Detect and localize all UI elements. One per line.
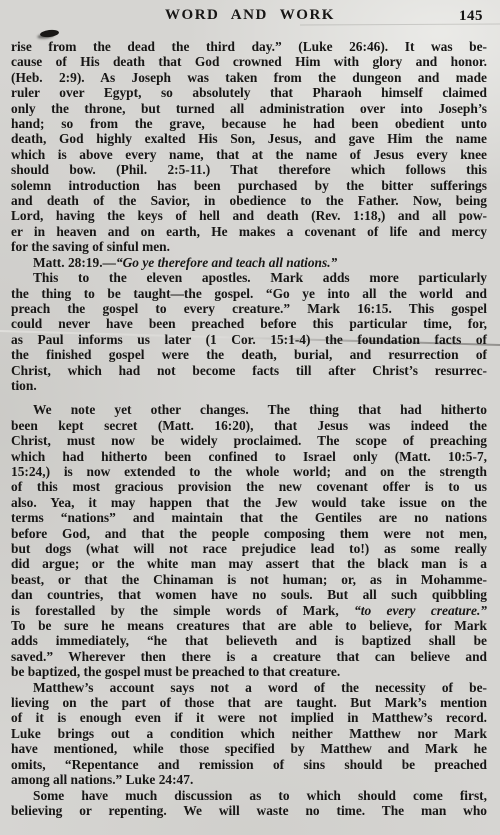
text-line: also. Yea, it may happen that the Jew wo…: [11, 495, 487, 510]
text-segment: Matthew’s account says not a word of the…: [33, 680, 487, 695]
text-line: which is above every name, that at the n…: [11, 147, 487, 162]
paragraph: Some have much discussion as to which sh…: [11, 788, 487, 819]
text-line: Christ, which had not become facts till …: [11, 363, 487, 378]
text-line: This to the eleven apostles. Mark adds m…: [11, 270, 487, 285]
text-segment: er in heaven and on earth, He makes a co…: [11, 224, 487, 239]
text-line: death, God highly exalted His Son, Jesus…: [11, 131, 487, 146]
text-line: Some have much discussion as to which sh…: [11, 788, 487, 803]
scripture-quote: “to every creature.”: [354, 603, 487, 618]
text-segment: (Heb. 2:9). As Joseph was taken from the…: [11, 70, 487, 85]
text-segment: is forestalled by the simple words of Ma…: [11, 603, 354, 618]
text-line: preach the gospel to every creature.” Ma…: [11, 301, 487, 316]
paragraph: Matthew’s account says not a word of the…: [11, 680, 487, 788]
text-line: only the throne, but turned all administ…: [11, 101, 487, 116]
text-segment: hand; so from the grave, because he had …: [11, 116, 487, 131]
text-line: ruler over Egypt, so absolutely that Pha…: [11, 85, 487, 100]
text-segment: Lord, having the keys of hell and death …: [11, 208, 487, 223]
text-segment: Christ, which had not become facts till …: [11, 363, 487, 378]
paragraph: rise from the dead the third day.” (Luke…: [11, 39, 487, 255]
scanned-page: WORD AND WORK 145 rise from the dead the…: [0, 0, 500, 835]
text-segment: This to the eleven apostles. Mark adds m…: [33, 270, 487, 285]
text-segment: lieving on the part of those that are ta…: [11, 695, 487, 710]
text-segment: tion.: [11, 378, 37, 393]
text-segment: for the saving of sinful men.: [11, 239, 170, 254]
scripture-quote: “Go ye therefore and teach all nations.”: [116, 255, 337, 270]
text-line: which had hitherto been confined to Isra…: [11, 449, 487, 464]
text-line: the thing to be taught—the gospel. “Go y…: [11, 286, 487, 301]
text-line: beast, or that the Chinaman is not human…: [11, 572, 487, 587]
text-line: is forestalled by the simple words of Ma…: [11, 603, 487, 618]
text-segment: which had hitherto been confined to Isra…: [11, 449, 487, 464]
text-segment: omits, “Repentance and remission of sins…: [11, 757, 487, 772]
text-line: as Paul informs us later (1 Cor. 15:1-4)…: [11, 332, 487, 347]
text-line: the finished gospel were the death, buri…: [11, 347, 487, 362]
text-line: saved.” Wherever then there is a creatur…: [11, 649, 487, 664]
text-segment: been kept secret (Matt. 16:20), that Jes…: [11, 418, 487, 433]
text-segment: the thing to be taught—the gospel. “Go y…: [11, 286, 487, 301]
text-line: Matthew’s account says not a word of the…: [11, 680, 487, 695]
text-segment: rise from the dead the third day.” (Luke…: [11, 39, 487, 54]
text-segment: preach the gospel to every creature.” Ma…: [11, 301, 487, 316]
text-segment: among all nations.” Luke 24:47.: [11, 772, 193, 787]
text-line: believing or repenting. We will waste no…: [11, 803, 487, 818]
text-segment: believing or repenting. We will waste no…: [11, 803, 487, 818]
text-segment: Christ, must now be widely proclaimed. T…: [11, 433, 487, 448]
text-line: solemn introduction has been purchased b…: [11, 178, 487, 193]
text-segment: beast, or that the Chinaman is not human…: [11, 572, 487, 587]
text-segment: solemn introduction has been purchased b…: [11, 178, 487, 193]
text-line: been kept secret (Matt. 16:20), that Jes…: [11, 418, 487, 433]
text-line: hand; so from the grave, because he had …: [11, 116, 487, 131]
text-segment: saved.” Wherever then there is a creatur…: [11, 649, 487, 664]
text-line: (Heb. 2:9). As Joseph was taken from the…: [11, 70, 487, 85]
text-line: adds immediately, “he that believeth and…: [11, 633, 487, 648]
text-line: To be sure he means creatures that are a…: [11, 618, 487, 633]
text-segment: before God, and that the people composin…: [11, 526, 487, 541]
text-line: be baptized, the gospel must be preached…: [11, 664, 487, 679]
text-segment: the finished gospel were the death, buri…: [11, 347, 487, 362]
text-line: Matt. 28:19.—“Go ye therefore and teach …: [11, 255, 487, 270]
page-header: WORD AND WORK 145: [0, 7, 500, 29]
ink-smudge-artifact: [40, 29, 60, 38]
text-line: of it is enough even if it were not impl…: [11, 710, 487, 725]
paragraph: We note yet other changes. The thing tha…: [11, 402, 487, 679]
text-segment: did argue; or the white man may assert t…: [11, 556, 487, 571]
text-line: Christ, must now be widely proclaimed. T…: [11, 433, 487, 448]
text-segment: as Paul informs us later (1 Cor. 15:1-4)…: [11, 332, 487, 347]
text-segment: which is above every name, that at the n…: [11, 147, 487, 162]
text-line: but dogs (what will not race prejudice l…: [11, 541, 487, 556]
text-line: terms “nations” and maintain that the Ge…: [11, 510, 487, 525]
text-line: did argue; or the white man may assert t…: [11, 556, 487, 571]
text-segment: should bow. (Phil. 2:5-11.) That therefo…: [11, 162, 487, 177]
page-body: rise from the dead the third day.” (Luke…: [11, 39, 487, 818]
text-segment: be baptized, the gospel must be preached…: [11, 664, 340, 679]
text-segment: Matt. 28:19.—: [33, 255, 116, 270]
text-line: of this most gracious provision the new …: [11, 479, 487, 494]
text-line: tion.: [11, 378, 487, 393]
text-line: for the saving of sinful men.: [11, 239, 487, 254]
text-segment: death, God highly exalted His Son, Jesus…: [11, 131, 487, 146]
text-line: Lord, having the keys of hell and death …: [11, 208, 487, 223]
text-line: before God, and that the people composin…: [11, 526, 487, 541]
text-segment: We note yet other changes. The thing tha…: [33, 402, 487, 417]
text-line: rise from the dead the third day.” (Luke…: [11, 39, 487, 54]
text-line: should bow. (Phil. 2:5-11.) That therefo…: [11, 162, 487, 177]
page-number: 145: [459, 8, 483, 25]
text-segment: could never have been preached before th…: [11, 316, 487, 331]
text-line: cause of His death that God crowned Him …: [11, 54, 487, 69]
text-segment: terms “nations” and maintain that the Ge…: [11, 510, 487, 525]
text-segment: and death of the Savior, in obedience to…: [11, 193, 487, 208]
paragraph: This to the eleven apostles. Mark adds m…: [11, 270, 487, 393]
text-segment: adds immediately, “he that believeth and…: [11, 633, 487, 648]
text-line: 15:24,) is now extended to the whole wor…: [11, 464, 487, 479]
text-segment: cause of His death that God crowned Him …: [11, 54, 487, 69]
text-segment: only the throne, but turned all administ…: [11, 101, 487, 116]
text-line: lieving on the part of those that are ta…: [11, 695, 487, 710]
text-segment: ruler over Egypt, so absolutely that Pha…: [11, 85, 487, 100]
text-line: and death of the Savior, in obedience to…: [11, 193, 487, 208]
journal-title: WORD AND WORK: [0, 7, 500, 24]
text-segment: dan countries, that women have no souls.…: [11, 587, 487, 602]
text-line: Luke brings out a condition which neithe…: [11, 726, 487, 741]
text-line: have mentioned, while those specified by…: [11, 741, 487, 756]
text-line: er in heaven and on earth, He makes a co…: [11, 224, 487, 239]
text-segment: also. Yea, it may happen that the Jew wo…: [11, 495, 487, 510]
text-segment: of it is enough even if it were not impl…: [11, 710, 487, 725]
text-line: among all nations.” Luke 24:47.: [11, 772, 487, 787]
text-segment: Luke brings out a condition which neithe…: [11, 726, 487, 741]
text-segment: To be sure he means creatures that are a…: [11, 618, 487, 633]
text-segment: of this most gracious provision the new …: [11, 479, 487, 494]
text-segment: Some have much discussion as to which sh…: [33, 788, 487, 803]
text-line: We note yet other changes. The thing tha…: [11, 402, 487, 417]
text-segment: but dogs (what will not race prejudice l…: [11, 541, 487, 556]
paragraph: Matt. 28:19.—“Go ye therefore and teach …: [11, 255, 487, 270]
text-segment: have mentioned, while those specified by…: [11, 741, 487, 756]
text-line: omits, “Repentance and remission of sins…: [11, 757, 487, 772]
text-segment: 15:24,) is now extended to the whole wor…: [11, 464, 487, 479]
text-line: dan countries, that women have no souls.…: [11, 587, 487, 602]
text-line: could never have been preached before th…: [11, 316, 487, 331]
